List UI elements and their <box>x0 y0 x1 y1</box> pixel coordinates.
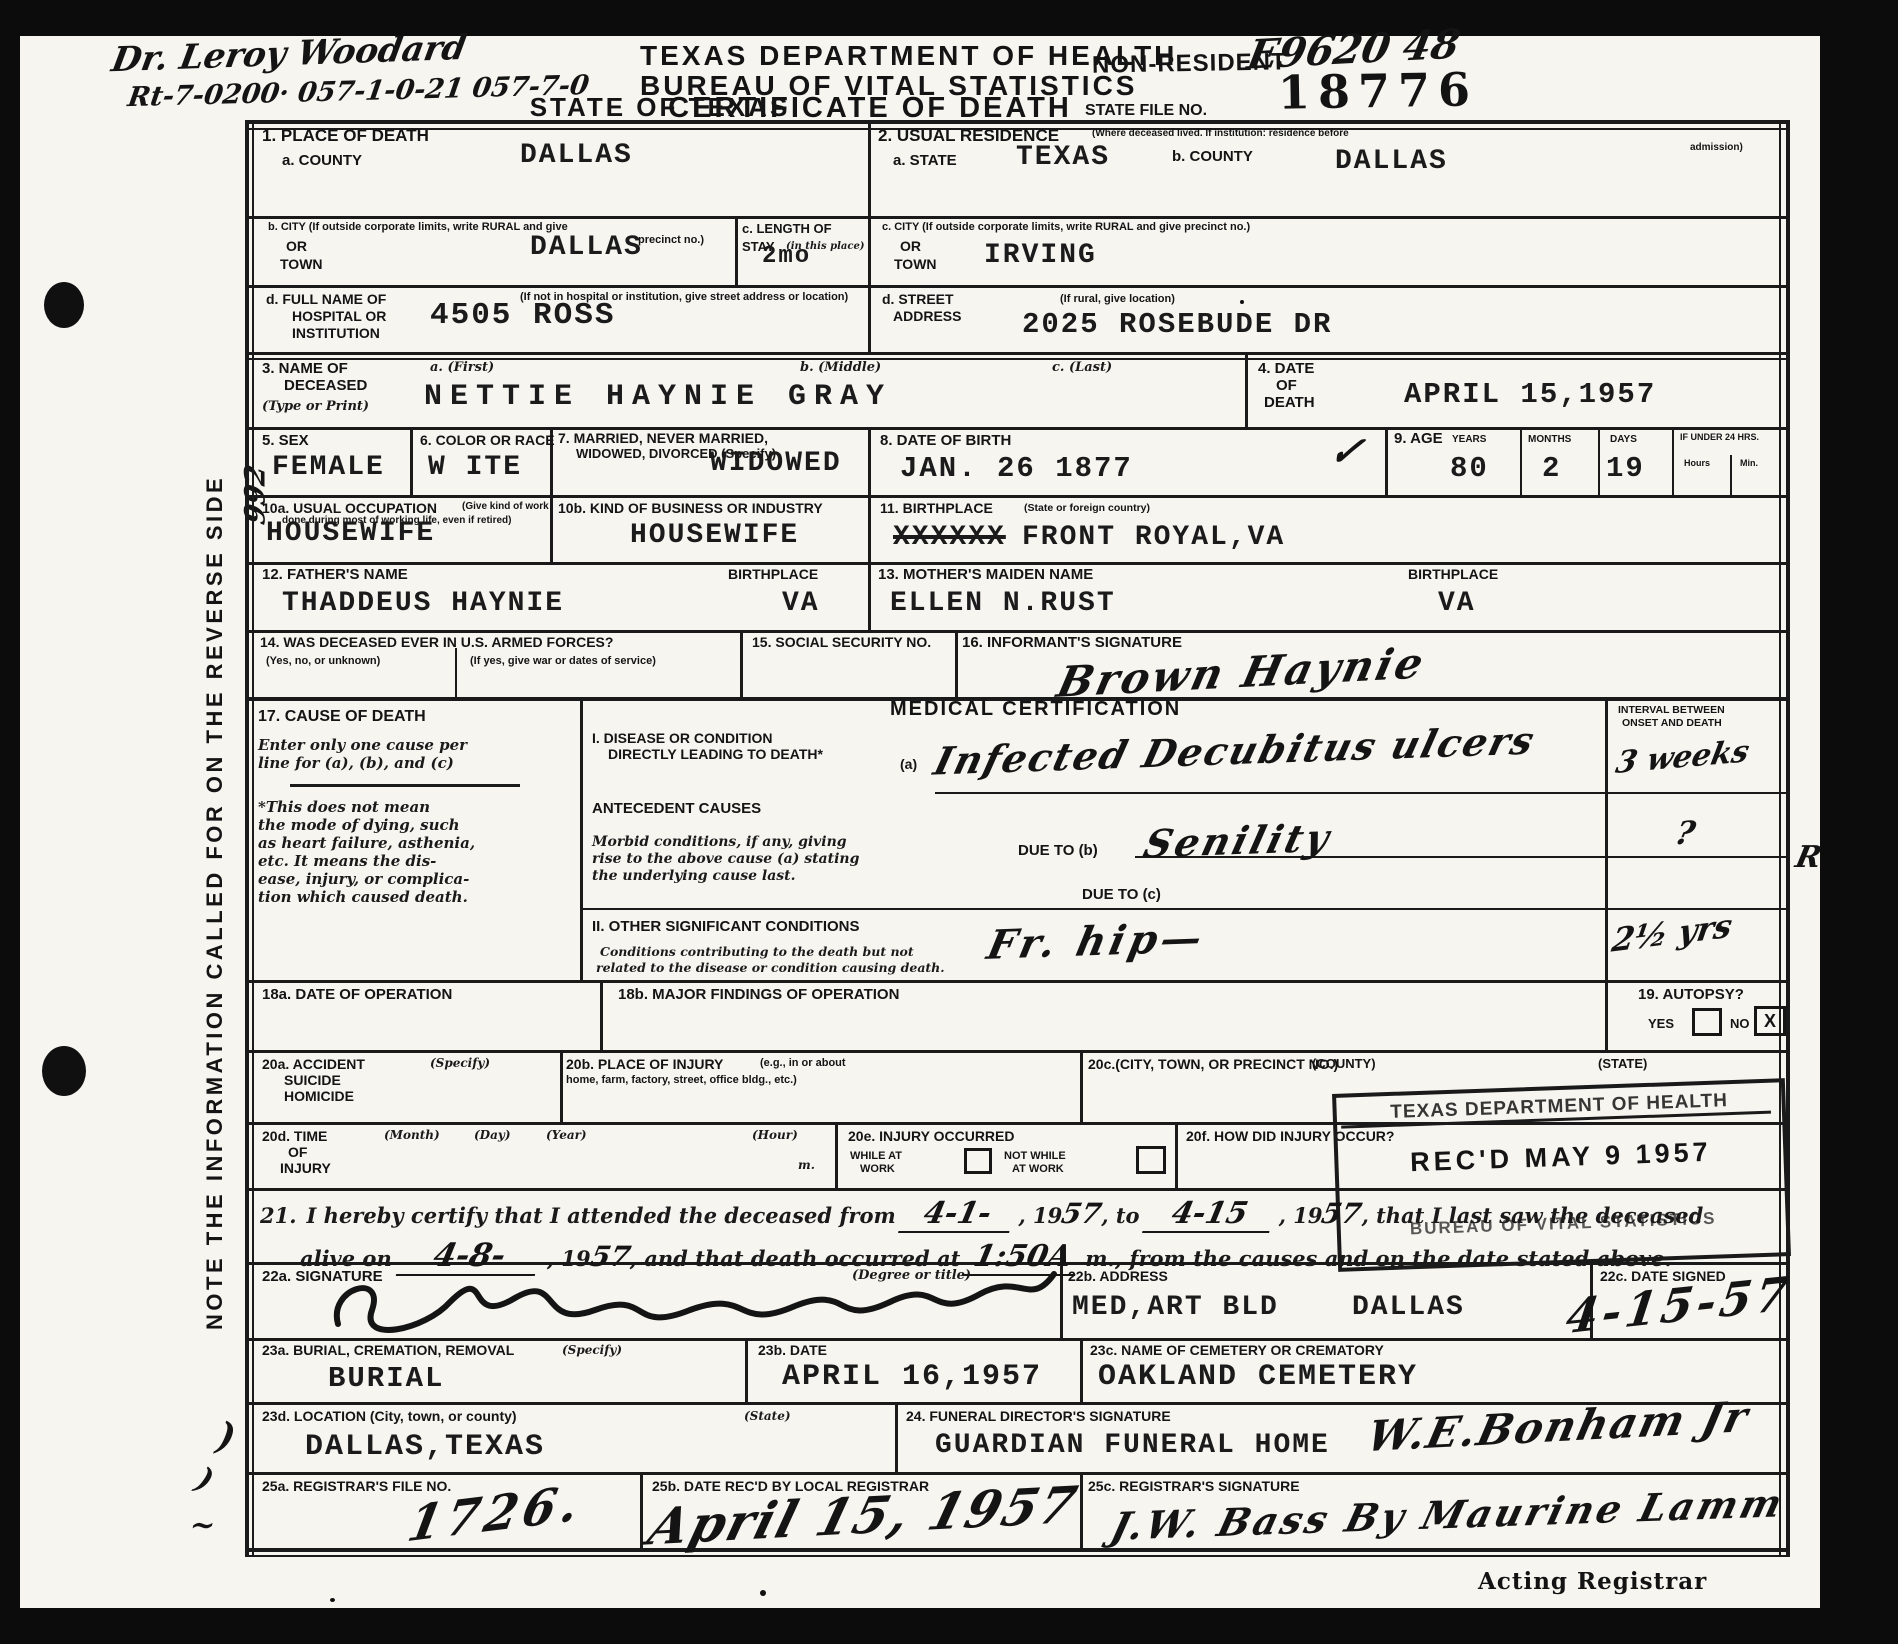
field20e-notwhile-label: NOT WHILE <box>1004 1150 1066 1162</box>
field17-note8: tion which caused death. <box>258 888 468 906</box>
field2-note: (Where deceased lived. If institution: r… <box>1092 128 1349 139</box>
field1b-value: DALLAS <box>530 232 643 263</box>
certify-text-1: I hereby certify that I attended the dec… <box>307 1203 896 1228</box>
field14-note1: (Yes, no, or unknown) <box>266 655 380 667</box>
field12-value: THADDEUS HAYNIE <box>282 588 564 619</box>
field2a-value: TEXAS <box>1016 142 1110 173</box>
divider-line <box>895 1402 898 1472</box>
divider-line <box>245 495 1790 498</box>
divider-line <box>1080 1050 1083 1122</box>
field2d-label2: ADDRESS <box>893 308 961 324</box>
divider-line <box>290 784 520 787</box>
field9-days-label: DAYS <box>1610 434 1637 445</box>
divider-line <box>580 697 583 980</box>
field23b-value: APRIL 16,1957 <box>782 1360 1042 1394</box>
field20a-note: (Specify) <box>430 1056 490 1070</box>
morbid-note1: Morbid conditions, if any, giving <box>592 834 847 850</box>
field11-struck-text: XXXXXX <box>893 522 1006 553</box>
field23b-label: 23b. DATE <box>758 1342 827 1358</box>
field9-under24-label: IF UNDER 24 HRS. <box>1680 432 1759 442</box>
field9-months-value: 2 <box>1542 452 1561 485</box>
other-significant-value: Fr. hip— <box>983 914 1210 969</box>
autopsy-no-checkbox[interactable]: X <box>1754 1006 1786 1036</box>
field23c-value: OAKLAND CEMETERY <box>1098 1360 1418 1394</box>
field13-birthplace-value: VA <box>1438 588 1476 619</box>
divider-line <box>868 120 871 355</box>
field22b-value2: DALLAS <box>1352 1292 1465 1323</box>
physician-signature <box>330 1258 1060 1348</box>
field20b-note1: (e.g., in or about <box>760 1057 846 1069</box>
field23d-value: DALLAS,TEXAS <box>305 1430 545 1464</box>
state-file-number: 18776 <box>1278 62 1479 119</box>
field7-label: 7. MARRIED, NEVER MARRIED, <box>558 430 768 446</box>
field17-note7: ease, injury, or complica- <box>258 870 469 888</box>
field12-birthplace-label: BIRTHPLACE <box>728 566 818 582</box>
divider-line <box>245 562 1790 565</box>
hole-punch <box>42 1046 86 1096</box>
field20c-state-label: (STATE) <box>1598 1056 1647 1071</box>
field17-note2: line for (a), (b), and (c) <box>258 754 454 772</box>
field14-note2: (If yes, give war or dates of service) <box>470 655 656 667</box>
field6-value: W ITE <box>428 452 522 483</box>
certify-text-6: m., from the causes and on the date stat… <box>1085 1246 1672 1271</box>
divider-line <box>1175 1122 1178 1188</box>
field17-note3: *This does not mean <box>258 798 430 816</box>
field10b-label: 10b. KIND OF BUSINESS OR INDUSTRY <box>558 500 823 516</box>
field9-years-value: 80 <box>1450 452 1489 485</box>
divider-line <box>868 427 871 630</box>
field10a-label: 10a. USUAL OCCUPATION <box>262 500 437 516</box>
field1b-label-or: OR <box>286 238 307 254</box>
due-to-c-label: DUE TO (c) <box>1082 886 1161 903</box>
field3a-label: a. (First) <box>430 360 494 375</box>
field20d-hour-label: (Hour) <box>752 1128 798 1142</box>
field2c-value: IRVING <box>984 240 1097 271</box>
field9-hours-label: Hours <box>1684 458 1710 468</box>
divider-line <box>410 427 413 495</box>
field20c-county-label: (COUNTY) <box>1312 1056 1376 1071</box>
field21-number: 21. <box>260 1203 297 1228</box>
field13-value: ELLEN N.RUST <box>890 588 1116 619</box>
field20d-m-label: m. <box>798 1158 815 1172</box>
field20d-label1: 20d. TIME <box>262 1128 327 1144</box>
field1-title: 1. PLACE OF DEATH <box>262 126 429 146</box>
autopsy-yes-label: YES <box>1648 1016 1674 1031</box>
header-department: TEXAS DEPARTMENT OF HEALTH <box>640 40 1120 72</box>
field17-disease-label: I. DISEASE OR CONDITION <box>592 730 772 746</box>
divider-line <box>1385 427 1388 495</box>
field2d-value: 2025 ROSEBUDE DR <box>1022 308 1332 341</box>
field1b-label-town: TOWN <box>280 256 323 272</box>
write-line <box>935 792 1790 794</box>
field9-label: 9. AGE <box>1394 430 1443 447</box>
field20a-label3: HOMICIDE <box>284 1088 354 1104</box>
field10b-value: HOUSEWIFE <box>630 520 799 551</box>
field17-a-label: (a) <box>900 756 917 772</box>
divider-line <box>640 1472 643 1548</box>
field22b-label: 22b. ADDRESS <box>1068 1268 1168 1284</box>
scan-speck <box>330 1598 335 1602</box>
interval-label1: INTERVAL BETWEEN <box>1618 704 1725 716</box>
injury-while-at-work-checkbox[interactable] <box>964 1148 992 1174</box>
field24-label: 24. FUNERAL DIRECTOR'S SIGNATURE <box>906 1408 1171 1424</box>
scanned-death-certificate: Dr. Leroy Woodard Rt-7-0200· 057-1-0-21 … <box>0 0 1898 1644</box>
autopsy-yes-checkbox[interactable] <box>1692 1008 1722 1036</box>
field4-title2: OF <box>1276 377 1297 394</box>
field20c-label: 20c.(CITY, TOWN, OR PRECINCT NO.) <box>1088 1056 1338 1072</box>
field23a-note: (Specify) <box>562 1343 622 1357</box>
field2c-label-town: TOWN <box>894 256 937 272</box>
certify-year1: 57 <box>1059 1197 1105 1230</box>
hole-punch <box>44 282 84 328</box>
field17-disease-label2: DIRECTLY LEADING TO DEATH* <box>608 746 823 762</box>
reverse-side-note: NOTE THE INFORMATION CALLED FOR ON THE R… <box>202 475 228 1330</box>
field10a-value: HOUSEWIFE <box>266 518 435 549</box>
field1b-label: b. CITY (If outside corporate limits, wr… <box>268 221 568 233</box>
field18b-label: 18b. MAJOR FINDINGS OF OPERATION <box>618 986 899 1003</box>
divider-line <box>245 630 1790 633</box>
field15-label: 15. SOCIAL SECURITY NO. <box>752 634 931 650</box>
field24-value: GUARDIAN FUNERAL HOME <box>935 1430 1330 1461</box>
field23d-label: 23d. LOCATION (City, town, or county) <box>262 1408 517 1424</box>
field4-title: 4. DATE <box>1258 360 1314 377</box>
field20d-label3: INJURY <box>280 1160 331 1176</box>
write-line <box>582 908 1790 910</box>
certify-statement-line1: 21. I hereby certify that I attended the… <box>260 1196 1703 1233</box>
field1a-label: a. COUNTY <box>282 152 362 169</box>
other-significant-note2: related to the disease or condition caus… <box>596 960 945 975</box>
field20d-label2: OF <box>288 1144 307 1160</box>
scan-speck <box>1240 300 1244 304</box>
divider-line <box>245 1548 1790 1552</box>
field4-value: APRIL 15,1957 <box>1404 378 1656 411</box>
divider-line <box>1598 427 1600 495</box>
field1d-label3: INSTITUTION <box>292 325 380 341</box>
field2c-label: c. CITY (If outside corporate limits, wr… <box>882 221 1250 233</box>
divider-line <box>560 1050 563 1122</box>
cause-of-death-b-value: Senility <box>1139 815 1336 867</box>
field9-months-label: MONTHS <box>1528 434 1571 445</box>
field8-label: 8. DATE OF BIRTH <box>880 432 1011 449</box>
field11-note: (State or foreign country) <box>1024 502 1150 514</box>
field3-value: NETTIE HAYNIE GRAY <box>424 380 892 414</box>
certify-text-3: , that I last saw the deceased <box>1361 1203 1703 1228</box>
field1d-value: 4505 ROSS <box>430 298 615 333</box>
morbid-note2: rise to the above cause (a) stating <box>592 851 859 867</box>
divider-line <box>245 216 1790 219</box>
field1c-label: c. LENGTH OF <box>742 221 832 236</box>
certify-to-date: 4-15 <box>1142 1196 1277 1233</box>
field1a-value: DALLAS <box>520 140 633 171</box>
divider-line <box>955 630 958 697</box>
divider-line <box>245 1050 1790 1053</box>
field25a-label: 25a. REGISTRAR'S FILE NO. <box>262 1478 451 1494</box>
certify-year2: 57 <box>1319 1197 1365 1230</box>
certify-from-date: 4-1- <box>898 1196 1017 1233</box>
field5-value: FEMALE <box>272 452 385 483</box>
field9-min-label: Min. <box>1740 458 1758 468</box>
scan-speck <box>760 1590 766 1596</box>
field16-label: 16. INFORMANT'S SIGNATURE <box>962 634 1182 651</box>
divider-line <box>600 980 603 1050</box>
field2c-label-or: OR <box>900 238 921 254</box>
field20a-label1: 20a. ACCIDENT <box>262 1056 365 1072</box>
field20e-label: 20e. INJURY OCCURRED <box>848 1128 1015 1144</box>
field3c-label: c. (Last) <box>1052 360 1112 375</box>
field20d-day-label: (Day) <box>474 1128 511 1142</box>
field17-note6: etc. It means the dis- <box>258 852 436 870</box>
field1b-label-precinct: precinct no.) <box>638 234 704 246</box>
field20e-whileat-label: WHILE AT <box>850 1150 902 1162</box>
field20a-label2: SUICIDE <box>284 1072 341 1088</box>
field10a-note1: (Give kind of work <box>462 501 549 512</box>
field2b-label: b. COUNTY <box>1172 148 1253 165</box>
field18a-label: 18a. DATE OF OPERATION <box>262 986 452 1003</box>
divider-line <box>245 980 1790 983</box>
received-stamp-line2: REC'D MAY 9 1957 <box>1338 1134 1784 1181</box>
field23c-label: 23c. NAME OF CEMETERY OR CREMATORY <box>1090 1342 1384 1358</box>
field1d-label: d. FULL NAME OF <box>266 291 386 307</box>
field19-label: 19. AUTOPSY? <box>1638 986 1744 1003</box>
divider-line <box>245 352 1790 355</box>
field12-birthplace-value: VA <box>782 588 820 619</box>
due-to-b-label: DUE TO (b) <box>1018 842 1098 859</box>
field3b-label: b. (Middle) <box>800 360 881 375</box>
divider-line <box>245 285 1790 288</box>
divider-line <box>1605 697 1608 1050</box>
field8-value: JAN. 26 1877 <box>900 452 1133 485</box>
field6-label: 6. COLOR OR RACE <box>420 432 555 448</box>
divider-line <box>1730 455 1732 495</box>
divider-line <box>1672 427 1674 495</box>
field1d-label2: HOSPITAL OR <box>292 308 386 324</box>
field13-label: 13. MOTHER'S MAIDEN NAME <box>878 566 1093 583</box>
field20b-label: 20b. PLACE OF INJURY <box>566 1056 723 1072</box>
field2d-note: (If rural, give location) <box>1060 293 1175 305</box>
field17-note1: Enter only one cause per <box>258 736 467 754</box>
field12-label: 12. FATHER'S NAME <box>262 566 408 583</box>
autopsy-no-check-x: X <box>1764 1011 1776 1031</box>
field2-note2: admission) <box>1690 142 1743 153</box>
field2a-label: a. STATE <box>893 152 957 169</box>
certify-19a: , 19 <box>1018 1203 1062 1228</box>
field3-title: 3. NAME OF <box>262 360 348 377</box>
divider-line <box>455 648 457 697</box>
field5-label: 5. SEX <box>262 432 309 449</box>
antecedent-causes-label: ANTECEDENT CAUSES <box>592 800 761 817</box>
field20d-year-label: (Year) <box>546 1128 587 1142</box>
field2d-label: d. STREET <box>882 291 954 307</box>
interval-label2: ONSET AND DEATH <box>1622 717 1722 729</box>
field1c-value: 2mo <box>762 243 811 270</box>
divider-line <box>245 1555 1790 1557</box>
field3-note: (Type or Print) <box>262 399 369 414</box>
acting-registrar-label: Acting Registrar <box>1478 1568 1707 1595</box>
divider-line <box>245 120 1790 124</box>
field11-value: FRONT ROYAL,VA <box>1022 522 1285 553</box>
certify-19b: , 19 <box>1279 1203 1323 1228</box>
field9-years-label: YEARS <box>1452 434 1486 445</box>
field17-note5: as heart failure, asthenia, <box>258 834 475 852</box>
field17-note4: the mode of dying, such <box>258 816 460 834</box>
field20e-work-label: WORK <box>860 1163 895 1175</box>
field13-birthplace-label: BIRTHPLACE <box>1408 566 1498 582</box>
divider-line <box>1245 352 1248 427</box>
field3-title2: DECEASED <box>284 377 367 394</box>
state-file-no-label: STATE FILE NO. <box>1085 102 1207 120</box>
certify-text-2: , to <box>1101 1203 1139 1228</box>
field20b-note2: home, farm, factory, street, office bldg… <box>566 1074 797 1086</box>
field22b-value1: MED,ART BLD <box>1072 1292 1279 1323</box>
other-significant-label: II. OTHER SIGNIFICANT CONDITIONS <box>592 918 860 935</box>
field9-days-value: 19 <box>1606 452 1645 485</box>
divider-line <box>740 630 743 697</box>
field23a-label: 23a. BURIAL, CREMATION, REMOVAL <box>262 1342 514 1358</box>
field4-title3: DEATH <box>1264 394 1315 411</box>
morbid-note3: the underlying cause last. <box>592 868 796 884</box>
field11-label: 11. BIRTHPLACE <box>880 500 993 516</box>
divider-line <box>245 427 1790 430</box>
field25c-label: 25c. REGISTRAR'S SIGNATURE <box>1088 1478 1300 1494</box>
divider-line <box>735 216 738 285</box>
field20d-month-label: (Month) <box>384 1128 440 1142</box>
field20e-atwork-label: AT WORK <box>1012 1163 1064 1175</box>
divider-line <box>245 1472 1790 1475</box>
other-significant-note1: Conditions contributing to the death but… <box>600 944 914 959</box>
medical-certification-title: MEDICAL CERTIFICATION <box>890 698 1181 721</box>
field23d-state-note: (State) <box>744 1409 791 1423</box>
divider-line <box>835 1122 838 1188</box>
field17-title: 17. CAUSE OF DEATH <box>258 708 426 726</box>
field14-label: 14. WAS DECEASED EVER IN U.S. ARMED FORC… <box>260 634 613 650</box>
field2b-value: DALLAS <box>1335 146 1448 177</box>
injury-not-while-at-work-checkbox[interactable] <box>1136 1146 1166 1174</box>
autopsy-no-label: NO <box>1730 1016 1750 1031</box>
field23a-value: BURIAL <box>328 1362 444 1395</box>
field7-value: WIDOWED <box>710 448 842 479</box>
divider-line <box>1520 427 1522 495</box>
divider-line <box>1080 1338 1083 1402</box>
